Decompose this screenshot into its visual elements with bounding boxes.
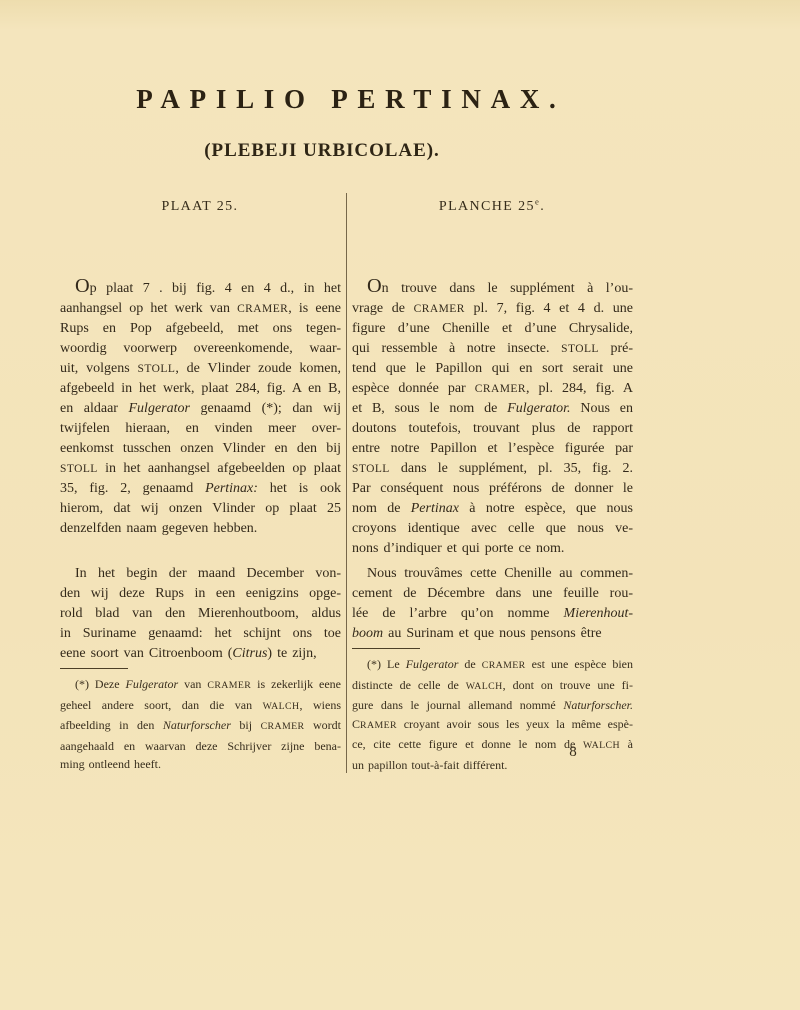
left-footnote: (*) Deze Fulgerator van CRAMER is zekerl…: [60, 675, 341, 774]
text-run: afbeelding in den: [60, 718, 163, 732]
text-run: ce, cite cette figure et donne le nom de: [352, 737, 583, 751]
book-page: PAPILIO PERTINAX. (PLEBEJI URBICOLAE). P…: [0, 0, 800, 1010]
text-run: , wiens: [300, 698, 342, 712]
text-run: et B, sous le nom de: [352, 401, 507, 416]
right-footnote-rule: [352, 648, 420, 649]
text-run: van: [178, 677, 207, 691]
text-line: qui ressemble à notre insecte. STOLL pré…: [352, 339, 633, 359]
text-run: à: [620, 737, 633, 751]
italic-text: Mierenhout-: [564, 606, 633, 621]
text-line: woordig voorwerp overeenkomende, waar-: [60, 339, 341, 359]
text-line: gure dans le journal allemand nommé Natu…: [352, 696, 633, 715]
page-number: 8: [558, 744, 588, 761]
text-line: espèce donnée par CRAMER, pl. 284, fig. …: [352, 379, 633, 399]
italic-text: Fulgerator: [406, 657, 459, 671]
right-paragraph-1: On trouve dans le supplément à l’ou-vrag…: [352, 276, 633, 559]
italic-text: Fulgerator: [126, 677, 179, 691]
small-caps-name: CRAMER: [237, 303, 288, 315]
text-run: lée de l’arbre qu’on nomme: [352, 606, 564, 621]
left-column: Op plaat 7 . bij fig. 4 en 4 d., in heta…: [60, 276, 341, 774]
text-run: Rups en Pop afgebeeld, met ons tegen-: [60, 321, 341, 336]
text-run: , dont on trouve une fi-: [503, 678, 633, 692]
text-line: in Suriname genaamd: het schijnt ons toe: [60, 624, 341, 644]
text-line: aangehaald en waarvan deze Schrijver zij…: [60, 737, 341, 756]
text-line: Rups en Pop afgebeeld, met ons tegen-: [60, 319, 341, 339]
text-run: espèce donnée par: [352, 381, 475, 396]
text-line: distincte de celle de WALCH, dont on tro…: [352, 676, 633, 697]
text-run: geheel andere soort, dan die van: [60, 698, 263, 712]
initial-letter: O: [75, 275, 90, 297]
text-run: ) te zijn,: [267, 646, 316, 661]
text-line: denzelfden naam gegeven hebben.: [60, 519, 341, 539]
text-run: pl. 7, fig. 4 et 4 d. une: [465, 301, 633, 316]
text-line: CRAMER croyant avoir sous les yeux la mê…: [352, 715, 633, 736]
initial-letter: O: [367, 275, 382, 297]
text-run: het is ook: [258, 481, 341, 496]
right-column-header: PLANCHE 25e.: [352, 199, 632, 215]
text-run: , de Vlinder zoude komen,: [175, 361, 341, 376]
text-line: lée de l’arbre qu’on nomme Mierenhout-: [352, 604, 633, 624]
text-run: figure d’une Chenille et d’une Chrysalid…: [352, 321, 633, 336]
text-line: Par conséquent nous préférons de donner …: [352, 479, 633, 499]
text-run: den wij deze Rups in een eenigzins opge-: [60, 586, 341, 601]
text-line: rold blad van den Mierenhoutboom, aldus: [60, 604, 341, 624]
small-caps-name: CRAMER: [261, 721, 305, 732]
text-line: entre notre Papillon et l’espèce figurée…: [352, 439, 633, 459]
text-run: C: [352, 717, 360, 731]
text-run: eenkomst tusschen onzen Vlinder en den b…: [60, 441, 341, 456]
text-run: bij: [231, 718, 261, 732]
text-line: ce, cite cette figure et donne le nom de…: [352, 735, 633, 756]
text-run: vrage de: [352, 301, 414, 316]
italic-text: Naturforscher.: [563, 698, 633, 712]
text-run: entre notre Papillon et l’espèce figurée…: [352, 441, 633, 456]
text-run: 35, fig. 2, genaamd: [60, 481, 205, 496]
small-caps-name: CRAMER: [414, 303, 465, 315]
text-line: croyons identique avec celle que nous ve…: [352, 519, 633, 539]
small-caps-name: STOLL: [138, 363, 176, 375]
text-line: STOLL in het aanhangsel afgebeelden op p…: [60, 459, 341, 479]
text-line: ming ontleend heeft.: [60, 755, 341, 774]
text-line: twijfelen hieraan, en vinden meer over-: [60, 419, 341, 439]
text-line: 35, fig. 2, genaamd Pertinax: het is ook: [60, 479, 341, 499]
text-line: (*) Le Fulgerator de CRAMER est une espè…: [352, 655, 633, 676]
text-line: (*) Deze Fulgerator van CRAMER is zekerl…: [60, 675, 341, 696]
text-run: n trouve dans le supplément à l’ou-: [382, 281, 633, 296]
text-run: gure dans le journal allemand nommé: [352, 698, 563, 712]
text-line: nons d’indiquer et qui porte ce nom.: [352, 539, 633, 559]
text-line: vrage de CRAMER pl. 7, fig. 4 et 4 d. un…: [352, 299, 633, 319]
text-line: cement de Décembre dans une feuille rou-: [352, 584, 633, 604]
text-run: Nous en: [571, 401, 633, 416]
text-run: de: [458, 657, 481, 671]
text-run: wordt: [304, 718, 341, 732]
italic-text: Fulgerator: [129, 401, 190, 416]
text-line: In het begin der maand December von-: [60, 564, 341, 584]
italic-text: Pertinax: [411, 501, 459, 516]
text-line: On trouve dans le supplément à l’ou-: [352, 276, 633, 299]
text-line: STOLL dans le supplément, pl. 35, fig. 2…: [352, 459, 633, 479]
text-run: un papillon tout-à-fait différent.: [352, 758, 507, 772]
left-footnote-rule: [60, 668, 128, 669]
text-run: eene soort van Citroenboom (: [60, 646, 232, 661]
text-run: cement de Décembre dans une feuille rou-: [352, 586, 633, 601]
column-divider-rule: [346, 193, 347, 773]
text-run: woordig voorwerp overeenkomende, waar-: [60, 341, 341, 356]
italic-text: Citrus: [232, 646, 267, 661]
text-line: eenkomst tusschen onzen Vlinder en den b…: [60, 439, 341, 459]
left-column-header: PLAAT 25.: [60, 199, 340, 215]
italic-text: Pertinax:: [205, 481, 258, 496]
small-caps-name: STOLL: [352, 463, 390, 475]
text-run: qui ressemble à notre insecte.: [352, 341, 561, 356]
text-run: genaamd (*); dan wij: [190, 401, 341, 416]
small-caps-name: WALCH: [263, 701, 300, 712]
text-run: croyant avoir sous les yeux la même espè…: [397, 717, 633, 731]
text-run: , is eene: [288, 301, 341, 316]
text-run: Nous trouvâmes cette Chenille au commen-: [367, 566, 633, 581]
text-run: croyons identique avec celle que nous ve…: [352, 521, 633, 536]
text-line: Nous trouvâmes cette Chenille au commen-: [352, 564, 633, 584]
right-paragraph-2: Nous trouvâmes cette Chenille au commen-…: [352, 564, 633, 644]
small-caps-name: STOLL: [60, 463, 98, 475]
text-run: in Suriname genaamd: het schijnt ons toe: [60, 626, 341, 641]
text-line: un papillon tout-à-fait différent.: [352, 756, 633, 775]
text-run: tend que le Papillon qui en sort serait …: [352, 361, 633, 376]
text-run: ming ontleend heeft.: [60, 757, 161, 771]
text-run: (*) Le: [367, 657, 406, 671]
italic-text: Fulgerator.: [507, 401, 570, 416]
text-line: tend que le Papillon qui en sort serait …: [352, 359, 633, 379]
text-run: au Surinam et que nous pensons être: [383, 626, 602, 641]
text-run: doutons toutefois, trouvant plus de rapp…: [352, 421, 633, 436]
text-line: boom au Surinam et que nous pensons être: [352, 624, 633, 644]
small-caps-name: CRAMER: [475, 383, 526, 395]
text-run: In het begin der maand December von-: [75, 566, 341, 581]
italic-text: Naturforscher: [163, 718, 231, 732]
left-paragraph-2: In het begin der maand December von-den …: [60, 564, 341, 664]
text-line: aanhangsel op het werk van CRAMER, is ee…: [60, 299, 341, 319]
page-subtitle: (PLEBEJI URBICOLAE).: [36, 140, 608, 162]
text-run: aanhangsel op het werk van: [60, 301, 237, 316]
text-run: afgebeeld in het werk, plaat 284, fig. A…: [60, 381, 341, 396]
text-line: en aldaar Fulgerator genaamd (*); dan wi…: [60, 399, 341, 419]
text-run: .: [540, 199, 545, 214]
text-run: aangehaald en waarvan deze Schrijver zij…: [60, 739, 341, 753]
text-run: nons d’indiquer et qui porte ce nom.: [352, 541, 564, 556]
small-caps-name: RAMER: [360, 720, 397, 731]
text-run: nom de: [352, 501, 411, 516]
text-line: hierom, dat wij onzen Vlinder op plaat 2…: [60, 499, 341, 519]
text-run: à notre espèce, que nous: [459, 501, 633, 516]
text-run: dans le supplément, pl. 35, fig. 2.: [390, 461, 633, 476]
small-caps-name: STOLL: [561, 343, 599, 355]
text-run: en aldaar: [60, 401, 129, 416]
text-line: et B, sous le nom de Fulgerator. Nous en: [352, 399, 633, 419]
right-column: On trouve dans le supplément à l’ou-vrag…: [352, 276, 633, 774]
text-run: is zekerlijk eene: [251, 677, 341, 691]
text-run: distincte de celle de: [352, 678, 466, 692]
text-run: denzelfden naam gegeven hebben.: [60, 521, 257, 536]
text-run: in het aanhangsel afgebeelden op plaat: [98, 461, 341, 476]
small-caps-name: CRAMER: [482, 660, 526, 671]
text-run: hierom, dat wij onzen Vlinder op plaat 2…: [60, 501, 341, 516]
small-caps-name: WALCH: [583, 740, 620, 751]
text-run: PLANCHE 25: [439, 199, 535, 214]
text-run: rold blad van den Mierenhoutboom, aldus: [60, 606, 341, 621]
text-run: Par conséquent nous préférons de donner …: [352, 481, 633, 496]
text-run: est une espèce bien: [526, 657, 633, 671]
page-title: PAPILIO PERTINAX.: [60, 84, 632, 115]
text-line: nom de Pertinax à notre espèce, que nous: [352, 499, 633, 519]
text-run: uit, volgens: [60, 361, 138, 376]
text-line: afbeelding in den Naturforscher bij CRAM…: [60, 716, 341, 737]
text-run: twijfelen hieraan, en vinden meer over-: [60, 421, 341, 436]
text-line: figure d’une Chenille et d’une Chrysalid…: [352, 319, 633, 339]
text-line: afgebeeld in het werk, plaat 284, fig. A…: [60, 379, 341, 399]
text-line: den wij deze Rups in een eenigzins opge-: [60, 584, 341, 604]
small-caps-name: CRAMER: [207, 680, 251, 691]
text-line: geheel andere soort, dan die van WALCH, …: [60, 696, 341, 717]
italic-text: boom: [352, 626, 383, 641]
text-line: uit, volgens STOLL, de Vlinder zoude kom…: [60, 359, 341, 379]
text-run: , pl. 284, fig. A: [526, 381, 633, 396]
text-run: p plaat 7 . bij fig. 4 en 4 d., in het: [90, 281, 341, 296]
text-line: Op plaat 7 . bij fig. 4 en 4 d., in het: [60, 276, 341, 299]
right-footnote: (*) Le Fulgerator de CRAMER est une espè…: [352, 655, 633, 774]
text-line: eene soort van Citroenboom (Citrus) te z…: [60, 644, 341, 664]
left-paragraph-1: Op plaat 7 . bij fig. 4 en 4 d., in heta…: [60, 276, 341, 539]
text-run: pré-: [599, 341, 633, 356]
text-run: (*) Deze: [75, 677, 126, 691]
text-line: doutons toutefois, trouvant plus de rapp…: [352, 419, 633, 439]
small-caps-name: WALCH: [466, 681, 503, 692]
